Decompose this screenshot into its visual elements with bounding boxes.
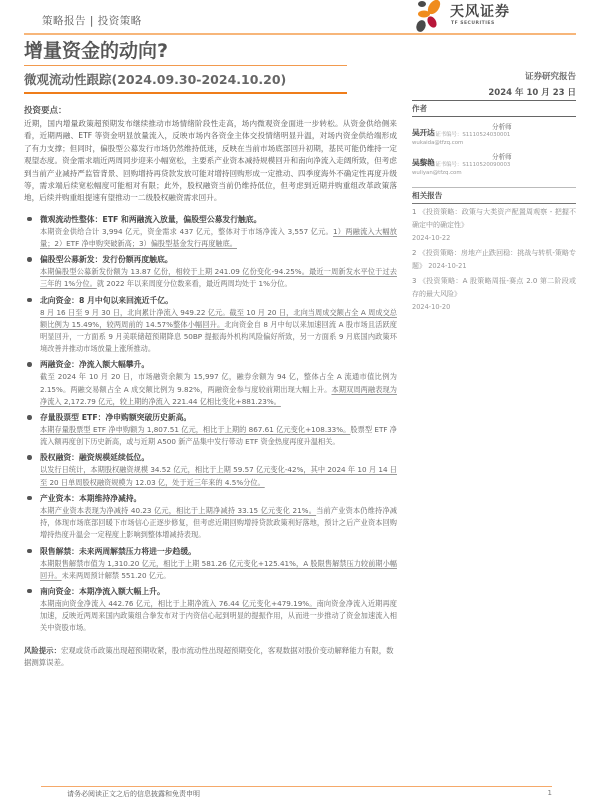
related-report-date: 2024-10-21 [428,262,466,270]
related-report-title: 3 《投资策略：A 股策略周报-赛点 2.0 第二阶段或存的最大风险》 [412,277,576,298]
key-point-highlight: 本期存量股票型 ETF 净申购额为 1,807.51 亿元，相比于上期的 867… [40,425,350,434]
author-card: 吴开达 分析师 SAC 执业证书编号：S1110524030001 wukaid… [412,120,576,147]
author-name: 吴黎艳 [412,158,435,167]
main-content: 投资要点： 近期，国内增量政策超预期发布继续推动市场情绪阶段性走高，场内微观资金… [24,104,397,669]
key-point-title: 股权融资：融资规模延续低位。 [40,451,397,464]
related-report-date: 2024-10-20 [412,303,450,311]
key-point-title: 南向资金：本期净流入额大幅上升。 [40,585,397,598]
key-points-list: 微观流动性整体：ETF 和两融流入放量，偏股型公募发行触底。 本期资金供给合计 … [24,213,397,635]
header-category: 策略报告 | 投资策略 [42,13,142,28]
title-block: 增量资金的动向? 微观流动性跟踪(2024.09.30-2024.10.20) [24,36,347,94]
bullet-icon [27,415,32,420]
key-point-industrial-capital: 产业资本：本期维持净减持。 本期产业资本表现为净减持 40.23 亿元，相比于上… [24,492,397,542]
related-report-link[interactable]: 1 《投资策略：政策与大类资产配置周观察 - 把握不确定中的确定性》 2024-… [412,206,576,245]
report-subtitle: 微观流动性跟踪(2024.09.30-2024.10.20) [24,66,347,94]
key-point-highlight: 本期南向资金净流入 442.76 亿元，相比于上期净流入 76.44 亿元变化+… [40,599,317,608]
related-report-link[interactable]: 3 《投资策略：A 股策略周报-赛点 2.0 第二阶段或存的最大风险》 2024… [412,275,576,314]
summary-paragraph: 近期，国内增量政策超预期发布继续推动市场情绪阶段性走高，场内微观资金面进一步转松… [24,118,397,205]
disclaimer-text: 请务必阅读正文之后的信息披露和免责申明 [67,789,200,799]
author-email-link[interactable]: wuliyan@tfzq.com [412,169,576,177]
key-point-rest: 就 2022 年以来周度分位数来看，最近两周均处于 1%分位。 [97,279,292,288]
authors-heading: 作者 [412,101,576,117]
bullet-icon [27,589,32,594]
key-point-etf: 存量股票型 ETF：净申购额突破历史新高。 本期存量股票型 ETF 净申购额为 … [24,411,397,448]
bullet-icon [27,549,32,554]
key-point-lockup-expiry: 限售解禁：未来两周解禁压力将进一步趋缓。 本期限售解禁市值为 1,310.20 … [24,545,397,582]
key-point-body: 本期限售解禁市值为 1,310.20 亿元，相比于上期 581.26 亿元变化+… [40,558,397,582]
key-point-equity-financing: 股权融资：融资规模延续低位。 以发行日统计，本期股权融资规模 34.52 亿元，… [24,451,397,488]
author-role: 分析师 [492,121,512,131]
related-reports-heading: 相关报告 [412,188,576,204]
logo-en-text: TF SECURITIES [451,21,495,26]
key-point-equity-funds: 偏股型公募新发：发行份额再度触底。 本期偏股型公募新发份额为 13.87 亿份，… [24,253,397,290]
key-point-title: 两融资金：净流入额大幅攀升。 [40,358,397,371]
key-point-lead: 本期资金供给合计 3,994 亿元，资金需求 437 亿元，整体对于市场净流入 … [40,227,333,236]
key-point-body: 以发行日统计，本期股权融资规模 34.52 亿元，相比于上期 59.57 亿元变… [40,464,397,488]
key-point-body: 本期产业资本表现为净减持 40.23 亿元，相比于上期净减持 33.15 亿元变… [40,505,397,542]
key-point-highlight: 本期产业资本表现为净减持 40.23 亿元，相比于上期净减持 33.15 亿元变… [40,506,316,515]
author-email-link[interactable]: wukaida@tfzq.com [412,139,576,147]
page-number: 1 [548,789,552,797]
related-report-link[interactable]: 2 《投资策略：房地产止跌回稳：挑战与转机-策略专题》 2024-10-21 [412,247,576,273]
key-point-title: 微观流动性整体：ETF 和两融流入放量，偏股型公募发行触底。 [40,213,397,226]
key-point-title: 产业资本：本期维持净减持。 [40,492,397,505]
key-point-body: 8 月 16 日至 9 月 30 日，北向累计净流入 949.22 亿元。截至 … [40,307,397,356]
company-logo: 天风证券 TF SECURITIES [410,0,520,34]
key-point-body: 本期存量股票型 ETF 净申购额为 1,807.51 亿元，相比于上期的 867… [40,424,397,448]
bullet-icon [27,362,32,367]
key-point-margin: 两融资金：净流入额大幅攀升。 截至 2024 年 10 月 20 日，市场融资余… [24,358,397,408]
bullet-icon [27,217,32,222]
key-point-title: 存量股票型 ETF：净申购额突破历史新高。 [40,411,397,424]
risk-text: 宏观或货币政策出现超预期收紧，股市流动性出现超预期变化，客观数据对股价变动解释能… [24,646,394,667]
sidebar: 证券研究报告 2024 年 10 月 23 日 作者 吴开达 分析师 SAC 执… [412,70,576,314]
key-point-liquidity: 微观流动性整体：ETF 和两融流入放量，偏股型公募发行触底。 本期资金供给合计 … [24,213,397,250]
key-point-title: 偏股型公募新发：发行份额再度触底。 [40,253,397,266]
logo-cn-text: 天风证券 [450,1,510,21]
key-point-body: 本期资金供给合计 3,994 亿元，资金需求 437 亿元，整体对于市场净流入 … [40,226,397,250]
author-cert: SAC 执业证书编号：S1110520090003 [412,161,576,169]
key-point-rest: 未来两周预计解禁 551.20 亿元。 [62,571,171,580]
risk-warning: 风险提示：宏观或货币政策出现超预期收紧，股市流动性出现超预期变化，客观数据对股价… [24,645,397,669]
key-point-northbound: 北向资金：8 月中旬以来回流近千亿。 8 月 16 日至 9 月 30 日，北向… [24,294,397,356]
author-cert: SAC 执业证书编号：S1110524030001 [412,131,576,139]
key-point-highlight: 以发行日统计，本期股权融资规模 34.52 亿元，相比于上期 59.57 亿元变… [40,465,397,486]
report-type: 证券研究报告 [412,70,576,84]
related-report-date: 2024-10-22 [412,234,450,242]
bullet-icon [27,455,32,460]
author-card: 吴黎艳 分析师 SAC 执业证书编号：S1110520090003 wuliya… [412,150,576,177]
summary-heading: 投资要点： [24,104,397,116]
key-point-title: 北向资金：8 月中旬以来回流近千亿。 [40,294,397,307]
bullet-icon [27,257,32,262]
related-report-title: 1 《投资策略：政策与大类资产配置周观察 - 把握不确定中的确定性》 [412,208,576,229]
key-point-title: 限售解禁：未来两周解禁压力将进一步趋缓。 [40,545,397,558]
key-point-body: 本期偏股型公募新发份额为 13.87 亿份，相较于上期 241.09 亿份变化-… [40,266,397,290]
page-footer: 请务必阅读正文之后的信息披露和免责申明 1 [41,786,552,800]
author-name: 吴开达 [412,128,435,137]
risk-label: 风险提示： [24,646,61,655]
report-title: 增量资金的动向? [24,36,347,66]
author-role: 分析师 [492,151,512,161]
page-header: 策略报告 | 投资策略 天风证券 TF SECURITIES [24,0,576,35]
key-point-body: 本期南向资金净流入 442.76 亿元，相比于上期净流入 76.44 亿元变化+… [40,598,397,635]
logo-mark-icon [410,0,444,34]
report-date: 2024 年 10 月 23 日 [412,86,576,101]
key-point-body: 截至 2024 年 10 月 20 日，市场融资余额为 15,997 亿，融券余… [40,371,397,408]
related-reports: 相关报告 1 《投资策略：政策与大类资产配置周观察 - 把握不确定中的确定性》 … [412,187,576,314]
bullet-icon [27,298,32,303]
key-point-southbound: 南向资金：本期净流入额大幅上升。 本期南向资金净流入 442.76 亿元，相比于… [24,585,397,635]
bullet-icon [27,496,32,501]
